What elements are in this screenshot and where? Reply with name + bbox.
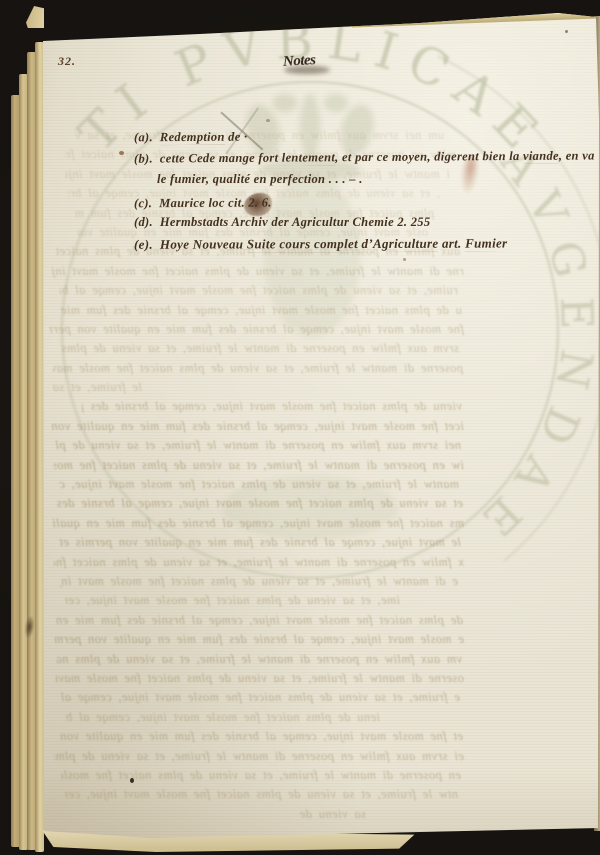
note-line: (e).Hoye Nouveau Suite cours complet d’A… bbox=[134, 235, 598, 253]
manuscript-scan: TI PVBLICAE AVGENDAE um nei srvm aux fml… bbox=[0, 0, 600, 855]
book-fore-edge-strip bbox=[35, 42, 44, 852]
note-line: le fumier, qualité en perfection . . . –… bbox=[157, 172, 598, 187]
note-line: (c).Maurice loc cit. 2. 6. bbox=[134, 194, 598, 211]
notes-list: (a).Redemption de ·(b).cette Cede mange … bbox=[0, 0, 600, 855]
note-line: (a).Redemption de · bbox=[134, 128, 598, 145]
note-line: (b).cette Cede mange fort lentement, et … bbox=[134, 148, 598, 166]
page-edge-corner bbox=[26, 6, 44, 28]
manuscript-page: TI PVBLICAE AVGENDAE um nei srvm aux fml… bbox=[0, 0, 600, 855]
note-line: (d).Hermbstadts Archiv der Agricultur Ch… bbox=[134, 215, 598, 230]
